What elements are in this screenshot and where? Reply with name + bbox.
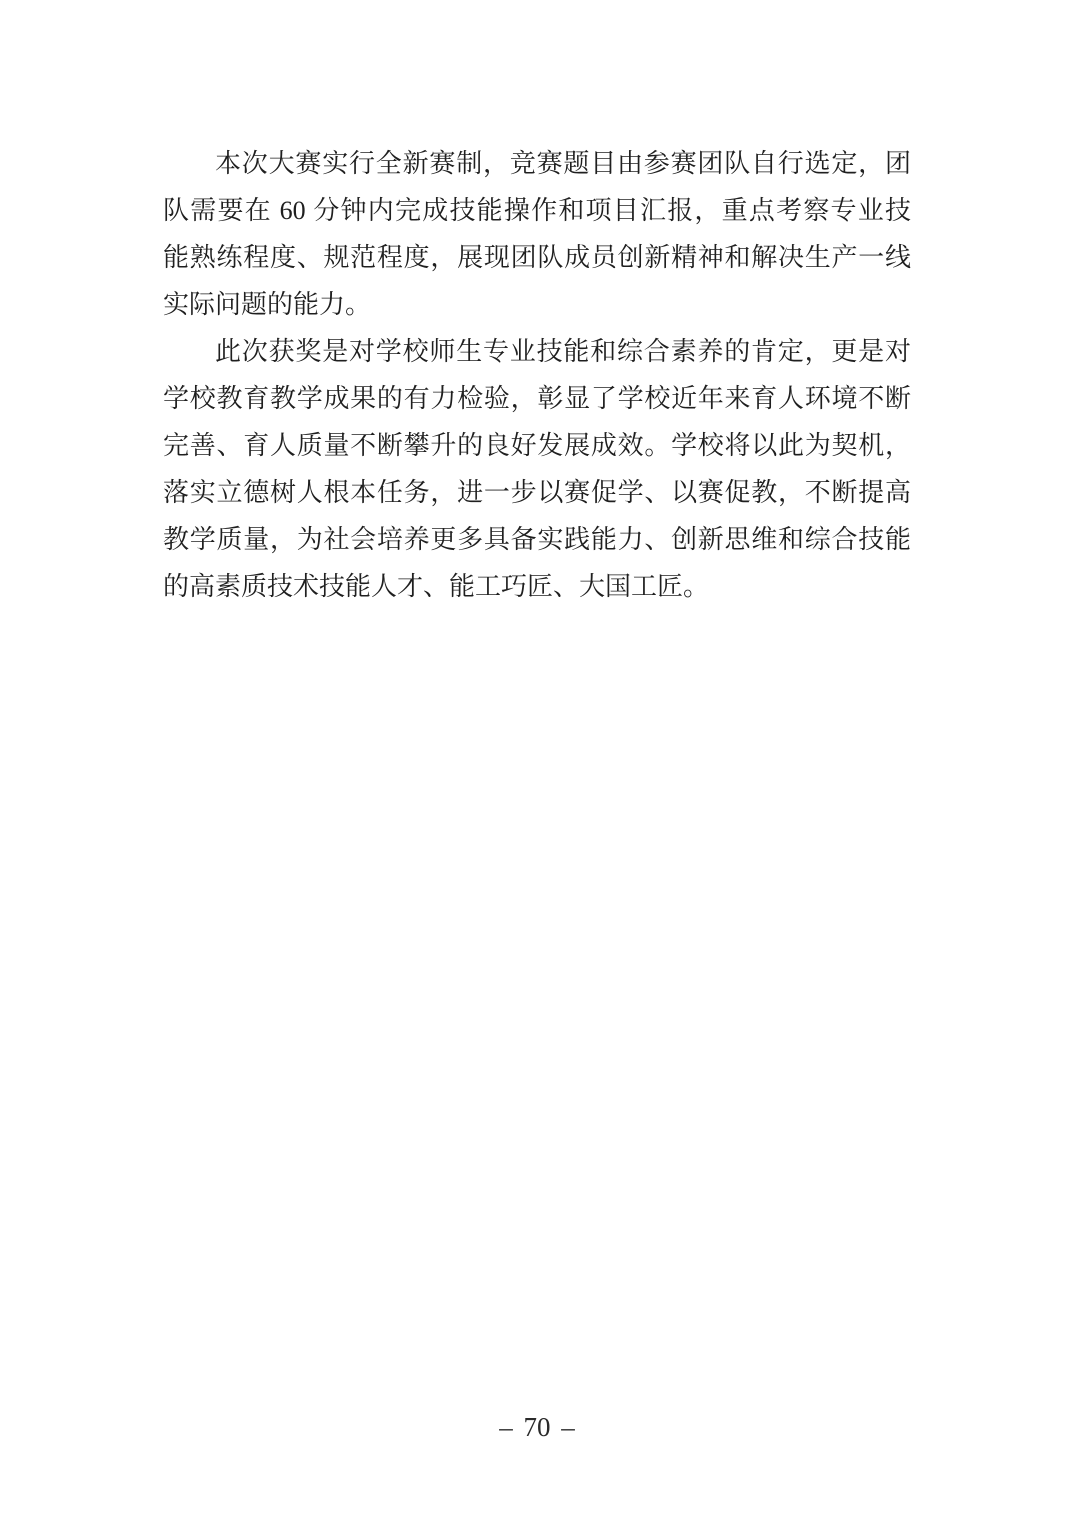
text-line: 能熟练程度、规范程度，展现团队成员创新精神和解决生产一线 [163,234,911,281]
text-line: 的高素质技术技能人才、能工巧匠、大国工匠。 [163,563,911,610]
paragraph-2: 此次获奖是对学校师生专业技能和综合素养的肯定，更是对 学校教育教学成果的有力检验… [163,328,911,610]
text-line: 此次获奖是对学校师生专业技能和综合素养的肯定，更是对 [163,328,911,375]
text-line: 学校教育教学成果的有力检验，彰显了学校近年来育人环境不断 [163,375,911,422]
text-line: 实际问题的能力。 [163,281,911,328]
document-page: 本次大赛实行全新赛制，竞赛题目由参赛团队自行选定，团 队需要在 60 分钟内完成… [0,0,1074,1520]
text-line: 教学质量，为社会培养更多具备实践能力、创新思维和综合技能 [163,516,911,563]
text-line: 完善、育人质量不断攀升的良好发展成效。学校将以此为契机， [163,422,911,469]
page-number: – 70 – [0,1412,1074,1443]
text-line: 落实立德树人根本任务，进一步以赛促学、以赛促教，不断提高 [163,469,911,516]
paragraph-1: 本次大赛实行全新赛制，竞赛题目由参赛团队自行选定，团 队需要在 60 分钟内完成… [163,140,911,328]
text-line: 队需要在 60 分钟内完成技能操作和项目汇报，重点考察专业技 [163,187,911,234]
body-text: 本次大赛实行全新赛制，竞赛题目由参赛团队自行选定，团 队需要在 60 分钟内完成… [163,140,911,610]
text-line: 本次大赛实行全新赛制，竞赛题目由参赛团队自行选定，团 [163,140,911,187]
